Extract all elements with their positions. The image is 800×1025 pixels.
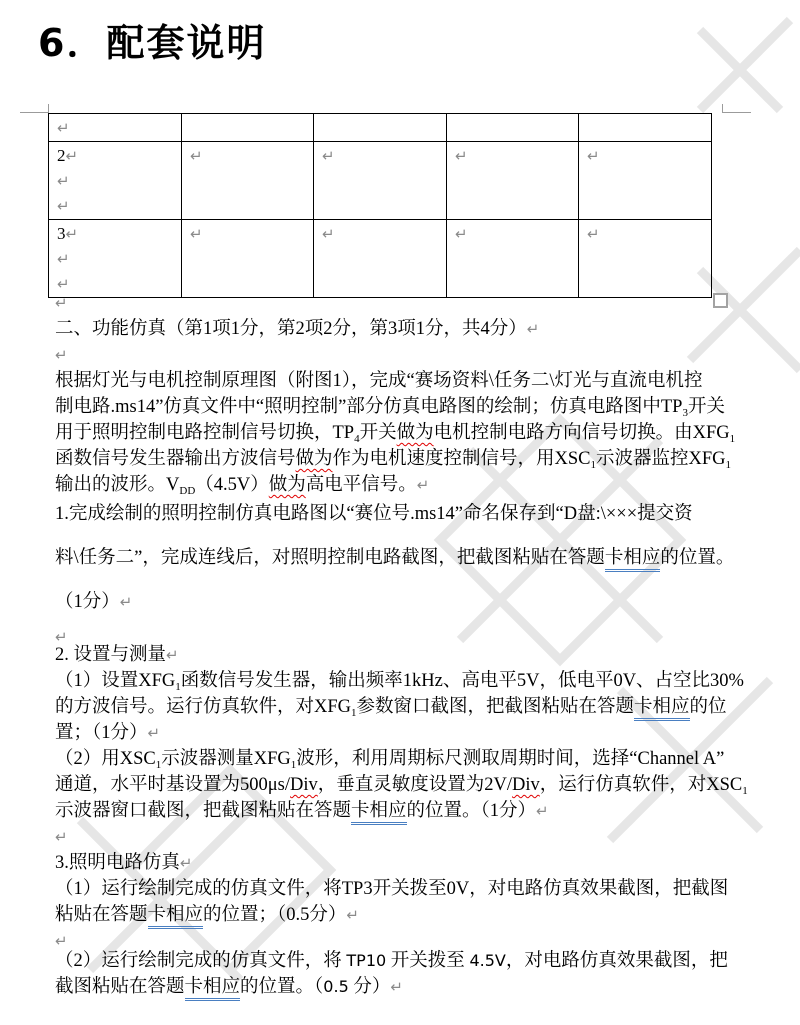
table-cell[interactable] bbox=[447, 114, 579, 142]
heading-item3: 3.照明电路仿真↵ bbox=[55, 850, 761, 876]
para-item2-1: （1）设置XFG1函数信号发生器，输出频率1kHz、高电平5V，低电平0V、占空… bbox=[55, 668, 761, 746]
paragraph-mark-icon: ↵ bbox=[190, 225, 203, 243]
para-overview: 根据灯光与电机控制原理图（附图1），完成“赛场资料\任务二\灯光与直流电机控制电… bbox=[55, 368, 761, 498]
document-table[interactable]: ↵2↵↵↵↵↵↵↵3↵↵↵↵↵↵↵ bbox=[48, 113, 712, 298]
text-run: 制电路.ms14”仿真文件中“照明控制”部分仿真电路图的绘制；仿真电路图中TP bbox=[55, 397, 682, 417]
paragraph-mark-icon: ↵ bbox=[322, 225, 335, 243]
text-run: 的位 bbox=[690, 697, 727, 717]
text-run: 作为电机速度控制信号，用XSC bbox=[333, 449, 591, 469]
text-run: 的方波信号。运行仿真软件，对XFG bbox=[55, 697, 351, 717]
word-document-page: 6．配套说明 ↵2↵↵↵↵↵↵↵3↵↵↵↵↵↵↵ ↵二、功能仿真（第1项1分，第… bbox=[0, 0, 800, 1025]
table-row: 2↵↵↵↵↵↵↵ bbox=[49, 142, 712, 220]
table-cell[interactable]: ↵ bbox=[49, 114, 182, 142]
paragraph-mark-icon: ↵ bbox=[57, 197, 70, 215]
text-line[interactable]: 二、功能仿真（第1项1分，第2项2分，第3项1分，共4分）↵ bbox=[55, 316, 761, 342]
text-run: 开关拨至 bbox=[386, 951, 469, 971]
text-line[interactable]: 函数信号发生器输出方波信号做为作为电机速度控制信号，用XSC1示波器监控XFG1 bbox=[55, 446, 761, 472]
paragraph-mark-icon: ↵ bbox=[66, 147, 79, 165]
paragraph-mark-icon: ↵ bbox=[57, 250, 70, 268]
cell-line: ↵ bbox=[57, 116, 181, 141]
text-run: （1）设置XFG bbox=[55, 671, 175, 691]
text-line[interactable]: 2. 设置与测量↵ bbox=[55, 642, 761, 668]
text-run: 电机控制电路方向信号切换。由XFG bbox=[434, 423, 730, 443]
cell-line: ↵ bbox=[322, 144, 446, 169]
spellcheck-underlined-text: 做为 bbox=[397, 423, 434, 443]
paragraph-mark-icon: ↵ bbox=[180, 854, 193, 872]
text-run: 开关 bbox=[688, 397, 725, 417]
cell-number: 3 bbox=[57, 224, 66, 243]
text-line[interactable]: 料\任务二”，完成连线后，对照明控制电路截图，把截图粘贴在答题卡相应的位置。 bbox=[55, 536, 761, 580]
text-line[interactable]: （2）用XSC1示波器测量XFG1波形，利用周期标尺测取周期时间，选择“Chan… bbox=[55, 746, 761, 772]
text-run: ，对电路仿真效果截图，把 bbox=[506, 951, 728, 971]
paragraph-mark-icon: ↵ bbox=[55, 346, 68, 364]
grammar-underlined-text: 卡相应 bbox=[185, 977, 241, 1001]
text-run: 的位置。（ bbox=[240, 977, 323, 997]
para-item2-2: （2）用XSC1示波器测量XFG1波形，利用周期标尺测取周期时间，选择“Chan… bbox=[55, 746, 761, 824]
empty-line-1: ↵ bbox=[55, 290, 761, 316]
subscript-text: 1 bbox=[730, 433, 736, 445]
text-run: （1）运行绘制完成的仿真文件，将TP3开关拨至0V，对电路仿真效果截图，把截图 bbox=[55, 879, 728, 899]
text-run: 用于照明控制电路控制信号切换，TP bbox=[55, 423, 354, 443]
cell-line: 3↵ bbox=[57, 222, 181, 247]
text-run-alt-font: 4.5V bbox=[469, 951, 505, 970]
spellcheck-underlined-text: Div bbox=[290, 775, 318, 795]
paragraph-mark-icon: ↵ bbox=[587, 147, 600, 165]
text-line[interactable]: 用于照明控制电路控制信号切换，TP4开关做为电机控制电路方向信号切换。由XFG1 bbox=[55, 420, 761, 446]
text-line[interactable]: 置；（1分）↵ bbox=[55, 720, 761, 746]
cell-line: ↵ bbox=[455, 222, 578, 247]
table-cell[interactable]: ↵ bbox=[182, 220, 314, 298]
cell-line: ↵ bbox=[190, 222, 313, 247]
text-run: （2）运行绘制完成的仿真文件，将 bbox=[55, 951, 346, 971]
paragraph-mark-icon: ↵ bbox=[322, 147, 335, 165]
grammar-underlined-text: 卡相应 bbox=[605, 548, 661, 572]
table-cell[interactable]: ↵ bbox=[579, 142, 712, 220]
text-run: 根据灯光与电机控制原理图（附图1），完成“赛场资料\任务二\灯光与直流电机控 bbox=[55, 371, 703, 391]
table-cell[interactable] bbox=[182, 114, 314, 142]
text-line[interactable]: 通道，水平时基设置为500μs/Div，垂直灵敏度设置为2V/Div，运行仿真软… bbox=[55, 772, 761, 798]
spellcheck-underlined-text: Div bbox=[512, 775, 540, 795]
paragraph-mark-icon: ↵ bbox=[55, 828, 68, 846]
text-line[interactable]: 示波器窗口截图，把截图粘贴在答题卡相应的位置。（1分）↵ bbox=[55, 798, 761, 824]
text-run: （2）用XSC bbox=[55, 749, 156, 769]
paragraph-mark-icon: ↵ bbox=[455, 147, 468, 165]
paragraph-mark-icon: ↵ bbox=[166, 646, 179, 664]
table-cell[interactable]: ↵ bbox=[447, 220, 579, 298]
text-run: 粘贴在答题 bbox=[55, 905, 148, 925]
table-row: 3↵↵↵↵↵↵↵ bbox=[49, 220, 712, 298]
text-run-alt-font: 0.5 bbox=[323, 977, 348, 996]
text-line[interactable]: （2）运行绘制完成的仿真文件，将 TP10 开关拨至 4.5V，对电路仿真效果截… bbox=[55, 948, 761, 974]
table-cell[interactable]: ↵ bbox=[314, 142, 447, 220]
cell-line: ↵ bbox=[322, 222, 446, 247]
text-line[interactable]: （1）运行绘制完成的仿真文件，将TP3开关拨至0V，对电路仿真效果截图，把截图 bbox=[55, 876, 761, 902]
text-boundary-mark-right bbox=[722, 104, 751, 113]
text-run: 示波器测量XFG bbox=[161, 749, 291, 769]
text-run: ，运行仿真软件，对XSC bbox=[540, 775, 743, 795]
para-item3-1: （1）运行绘制完成的仿真文件，将TP3开关拨至0V，对电路仿真效果截图，把截图粘… bbox=[55, 876, 761, 928]
paragraph-mark-icon: ↵ bbox=[57, 119, 70, 137]
text-run: 3.照明电路仿真 bbox=[55, 853, 180, 873]
text-run: 函数信号发生器输出方波信号 bbox=[55, 449, 296, 469]
cell-line: ↵ bbox=[455, 144, 578, 169]
text-line[interactable]: 粘贴在答题卡相应的位置；（0.5分）↵ bbox=[55, 902, 761, 928]
spellcheck-underlined-text: 做为 bbox=[296, 449, 333, 469]
text-line[interactable]: ↵ bbox=[55, 342, 761, 368]
table-cell[interactable] bbox=[579, 114, 712, 142]
text-line[interactable]: （1分）↵ bbox=[55, 580, 761, 624]
table-cell[interactable]: ↵ bbox=[579, 220, 712, 298]
table-cell[interactable]: ↵ bbox=[314, 220, 447, 298]
text-run: 2. 设置与测量 bbox=[55, 645, 166, 665]
cell-line: ↵ bbox=[57, 169, 181, 194]
text-line[interactable]: 1.完成绘制的照明控制仿真电路图以“赛位号.ms14”命名保存到“D盘:\×××… bbox=[55, 492, 761, 536]
text-line[interactable]: 3.照明电路仿真↵ bbox=[55, 850, 761, 876]
empty-line-4: ↵ bbox=[55, 824, 761, 850]
text-run: 的位置。 bbox=[660, 548, 734, 568]
empty-line-2: ↵ bbox=[55, 342, 761, 368]
cell-line: ↵ bbox=[57, 247, 181, 272]
heading-item2: 2. 设置与测量↵ bbox=[55, 642, 761, 668]
cell-line: 2↵ bbox=[57, 144, 181, 169]
text-line[interactable]: ↵ bbox=[55, 824, 761, 850]
para-item3-2: （2）运行绘制完成的仿真文件，将 TP10 开关拨至 4.5V，对电路仿真效果截… bbox=[55, 948, 761, 1000]
text-run: 置；（1分） bbox=[55, 723, 148, 743]
text-run: 波形，利用周期标尺测取周期时间，选择“Channel A” bbox=[296, 749, 724, 769]
cell-line: ↵ bbox=[587, 222, 711, 247]
text-run: 开关 bbox=[360, 423, 397, 443]
text-line[interactable]: 根据灯光与电机控制原理图（附图1），完成“赛场资料\任务二\灯光与直流电机控 bbox=[55, 368, 761, 394]
subscript-text: 1 bbox=[726, 459, 732, 471]
para-item1: 1.完成绘制的照明控制仿真电路图以“赛位号.ms14”命名保存到“D盘:\×××… bbox=[55, 492, 761, 624]
subscript-text: 1 bbox=[742, 785, 748, 797]
text-run: 参数窗口截图，把截图粘贴在答题 bbox=[357, 697, 635, 717]
paragraph-mark-icon: ↵ bbox=[536, 802, 549, 820]
text-line[interactable]: 的方波信号。运行仿真软件，对XFG1参数窗口截图，把截图粘贴在答题卡相应的位 bbox=[55, 694, 761, 720]
paragraph-mark-icon: ↵ bbox=[390, 978, 403, 996]
table-cell[interactable]: ↵ bbox=[182, 142, 314, 220]
text-line[interactable]: 截图粘贴在答题卡相应的位置。（0.5 分）↵ bbox=[55, 974, 761, 1000]
text-line[interactable]: ↵ bbox=[55, 290, 761, 316]
table-cell[interactable]: ↵ bbox=[447, 142, 579, 220]
page-title[interactable]: 6．配套说明 bbox=[38, 12, 266, 67]
paragraph-mark-icon: ↵ bbox=[120, 593, 133, 611]
text-run-alt-font: TP10 bbox=[346, 951, 386, 970]
table-cell[interactable]: 2↵↵↵ bbox=[49, 142, 182, 220]
paragraph-mark-icon: ↵ bbox=[587, 225, 600, 243]
table-resize-handle[interactable] bbox=[713, 293, 728, 308]
text-boundary-mark-left bbox=[20, 104, 49, 113]
paragraph-mark-icon: ↵ bbox=[190, 147, 203, 165]
paragraph-mark-icon: ↵ bbox=[455, 225, 468, 243]
paragraph-mark-icon: ↵ bbox=[527, 320, 540, 338]
paragraph-mark-icon: ↵ bbox=[148, 724, 161, 742]
text-run: 函数信号发生器，输出频率1kHz、高电平5V，低电平0V、占空比30% bbox=[181, 671, 744, 691]
table-cell[interactable]: 3↵↵↵ bbox=[49, 220, 182, 298]
text-run: 截图粘贴在答题 bbox=[55, 977, 185, 997]
text-run: 的位置。（1分） bbox=[407, 801, 537, 821]
paragraph-mark-icon: ↵ bbox=[57, 172, 70, 190]
text-line[interactable]: 制电路.ms14”仿真文件中“照明控制”部分仿真电路图的绘制；仿真电路图中TP3… bbox=[55, 394, 761, 420]
text-run: 的位置；（0.5分） bbox=[203, 905, 346, 925]
text-run: 示波器监控XFG bbox=[596, 449, 726, 469]
paragraph-mark-icon: ↵ bbox=[66, 225, 79, 243]
document-body: ↵二、功能仿真（第1项1分，第2项2分，第3项1分，共4分）↵↵根据灯光与电机控… bbox=[55, 290, 761, 1000]
grammar-underlined-text: 卡相应 bbox=[634, 697, 690, 721]
text-run: 分） bbox=[349, 977, 391, 997]
text-run: （1分） bbox=[55, 592, 120, 612]
table-cell[interactable] bbox=[314, 114, 447, 142]
cell-line: ↵ bbox=[190, 144, 313, 169]
section-title-func-sim: 二、功能仿真（第1项1分，第2项2分，第3项1分，共4分）↵ bbox=[55, 316, 761, 342]
text-run: 料\任务二”，完成连线后，对照明控制电路截图，把截图粘贴在答题 bbox=[55, 548, 605, 568]
text-run: 1.完成绘制的照明控制仿真电路图以“赛位号.ms14”命名保存到“D盘:\×××… bbox=[55, 504, 693, 524]
cell-number: 2 bbox=[57, 146, 66, 165]
text-run: 示波器窗口截图，把截图粘贴在答题 bbox=[55, 801, 351, 821]
text-line[interactable]: （1）设置XFG1函数信号发生器，输出频率1kHz、高电平5V，低电平0V、占空… bbox=[55, 668, 761, 694]
grammar-underlined-text: 卡相应 bbox=[351, 801, 407, 825]
text-run: 通道，水平时基设置为500μs/ bbox=[55, 775, 290, 795]
paragraph-mark-icon: ↵ bbox=[55, 294, 68, 312]
grammar-underlined-text: 卡相应 bbox=[148, 905, 204, 929]
text-run: 二、功能仿真（第1项1分，第2项2分，第3项1分，共4分） bbox=[55, 319, 527, 339]
paragraph-mark-icon: ↵ bbox=[346, 906, 359, 924]
table-row: ↵ bbox=[49, 114, 712, 142]
cell-line: ↵ bbox=[587, 144, 711, 169]
text-run: ，垂直灵敏度设置为2V/ bbox=[318, 775, 512, 795]
cell-line: ↵ bbox=[57, 194, 181, 219]
